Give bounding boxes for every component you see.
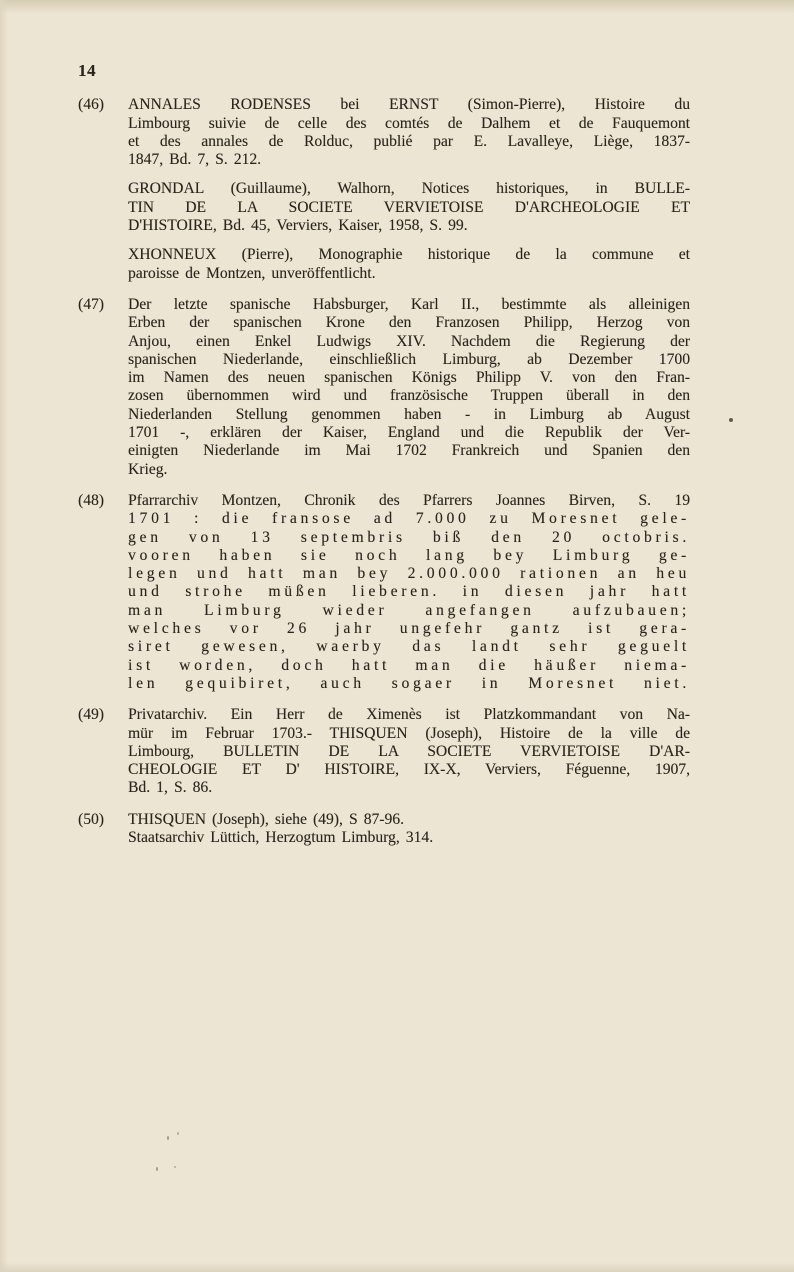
- footnote-body: THISQUEN (Joseph), siehe (49), S 87-96.S…: [128, 811, 690, 848]
- text-line: ist worden, doch hatt man die häußer nie…: [128, 657, 690, 675]
- footnote-paragraph: Privatarchiv. Ein Herr de Ximenès ist Pl…: [128, 706, 690, 797]
- text-line: zosen übernommen wird und französische T…: [128, 387, 690, 405]
- text-line: vooren haben sie noch lang bey Limburg g…: [128, 547, 690, 565]
- footnote-paragraph: Pfarrarchiv Montzen, Chronik des Pfarrer…: [128, 492, 690, 693]
- footnote-paragraph: Der letzte spanische Habsburger, Karl II…: [128, 296, 690, 479]
- footnote-label: (48): [78, 492, 128, 693]
- footnote-body: Pfarrarchiv Montzen, Chronik des Pfarrer…: [128, 492, 690, 693]
- footnote-paragraph: GRONDAL (Guillaume), Walhorn, Notices hi…: [128, 180, 690, 235]
- text-line: 1701 : die fransose ad 7.000 zu Moresnet…: [128, 510, 690, 528]
- page-number: 14: [78, 62, 690, 80]
- text-line: Bd. 1, S. 86.: [128, 779, 690, 797]
- text-line: Pfarrarchiv Montzen, Chronik des Pfarrer…: [128, 492, 690, 510]
- text-line: siret gewesen, waerby das landt sehr geg…: [128, 638, 690, 656]
- footnote: (50)THISQUEN (Joseph), siehe (49), S 87-…: [78, 811, 690, 848]
- text-line: Erben der spanischen Krone den Franzosen…: [128, 314, 690, 332]
- scan-speck: [729, 418, 733, 422]
- footnote-label: (49): [78, 706, 128, 797]
- text-line: welches vor 26 jahr ungefehr gantz ist g…: [128, 620, 690, 638]
- footnote-paragraph: XHONNEUX (Pierre), Monographie historiqu…: [128, 246, 690, 283]
- footnote-body: ANNALES RODENSES bei ERNST (Simon-Pierre…: [128, 96, 690, 283]
- footnote-body: Der letzte spanische Habsburger, Karl II…: [128, 296, 690, 479]
- text-line: einigten Niederlande im Mai 1702 Frankre…: [128, 442, 690, 460]
- footnote: (49)Privatarchiv. Ein Herr de Ximenès is…: [78, 706, 690, 797]
- scan-edge-shadow-bottom: [0, 1262, 794, 1272]
- text-line: im Namen des neuen spanischen Königs Phi…: [128, 369, 690, 387]
- text-line: 1847, Bd. 7, S. 212.: [128, 151, 690, 169]
- text-line: Krieg.: [128, 461, 690, 479]
- text-line: legen und hatt man bey 2.000.000 ratione…: [128, 565, 690, 583]
- text-line: spanischen Niederlande, einschließlich L…: [128, 351, 690, 369]
- scan-speck: [177, 1132, 179, 1135]
- footnote-body: Privatarchiv. Ein Herr de Ximenès ist Pl…: [128, 706, 690, 797]
- text-line: gen von 13 septembris biß den 20 octobri…: [128, 529, 690, 547]
- text-line: CHEOLOGIE ET D' HISTOIRE, IX-X, Verviers…: [128, 761, 690, 779]
- text-line: TIN DE LA SOCIETE VERVIETOISE D'ARCHEOLO…: [128, 199, 690, 217]
- footnote: (48)Pfarrarchiv Montzen, Chronik des Pfa…: [78, 492, 690, 693]
- text-line: Niederlanden Stellung genommen haben - i…: [128, 406, 690, 424]
- text-line: Anjou, einen Enkel Ludwigs XIV. Nachdem …: [128, 333, 690, 351]
- text-line: XHONNEUX (Pierre), Monographie historiqu…: [128, 246, 690, 264]
- footnote-label: (47): [78, 296, 128, 479]
- footnotes: (46)ANNALES RODENSES bei ERNST (Simon-Pi…: [78, 96, 690, 847]
- text-line: mür im Februar 1703.- THISQUEN (Joseph),…: [128, 725, 690, 743]
- text-line: Der letzte spanische Habsburger, Karl II…: [128, 296, 690, 314]
- footnote: (46)ANNALES RODENSES bei ERNST (Simon-Pi…: [78, 96, 690, 283]
- text-line: Limbourg suivie de celle des comtés de D…: [128, 115, 690, 133]
- footnote-label: (50): [78, 811, 128, 848]
- text-line: len gequibiret, auch sogaer in Moresnet …: [128, 675, 690, 693]
- text-line: GRONDAL (Guillaume), Walhorn, Notices hi…: [128, 180, 690, 198]
- scan-speck: [156, 1167, 158, 1171]
- text-line: ANNALES RODENSES bei ERNST (Simon-Pierre…: [128, 96, 690, 114]
- scanned-book-page: 14 (46)ANNALES RODENSES bei ERNST (Simon…: [0, 0, 794, 1272]
- scan-edge-shadow-left: [0, 0, 8, 1272]
- page-body: 14 (46)ANNALES RODENSES bei ERNST (Simon…: [78, 62, 690, 847]
- footnote-label: (46): [78, 96, 128, 283]
- footnote-paragraph: ANNALES RODENSES bei ERNST (Simon-Pierre…: [128, 96, 690, 169]
- scan-edge-shadow-top: [0, 0, 794, 14]
- footnote-paragraph: THISQUEN (Joseph), siehe (49), S 87-96.S…: [128, 811, 690, 848]
- text-line: et des annales de Rolduc, publié par E. …: [128, 133, 690, 151]
- text-line: Limbourg, BULLETIN DE LA SOCIETE VERVIET…: [128, 743, 690, 761]
- scan-speck: [167, 1136, 169, 1140]
- footnote: (47)Der letzte spanische Habsburger, Kar…: [78, 296, 690, 479]
- text-line: Staatsarchiv Lüttich, Herzogtum Limburg,…: [128, 829, 690, 847]
- text-line: und strohe müßen lieberen. in diesen jah…: [128, 583, 690, 601]
- text-line: THISQUEN (Joseph), siehe (49), S 87-96.: [128, 811, 690, 829]
- text-line: man Limburg wieder angefangen aufzubauen…: [128, 602, 690, 620]
- text-line: 1701 -, erklären der Kaiser, England und…: [128, 424, 690, 442]
- text-line: D'HISTOIRE, Bd. 45, Verviers, Kaiser, 19…: [128, 217, 690, 235]
- scan-speck: [174, 1166, 176, 1168]
- text-line: Privatarchiv. Ein Herr de Ximenès ist Pl…: [128, 706, 690, 724]
- text-line: paroisse de Montzen, unveröffentlicht.: [128, 265, 690, 283]
